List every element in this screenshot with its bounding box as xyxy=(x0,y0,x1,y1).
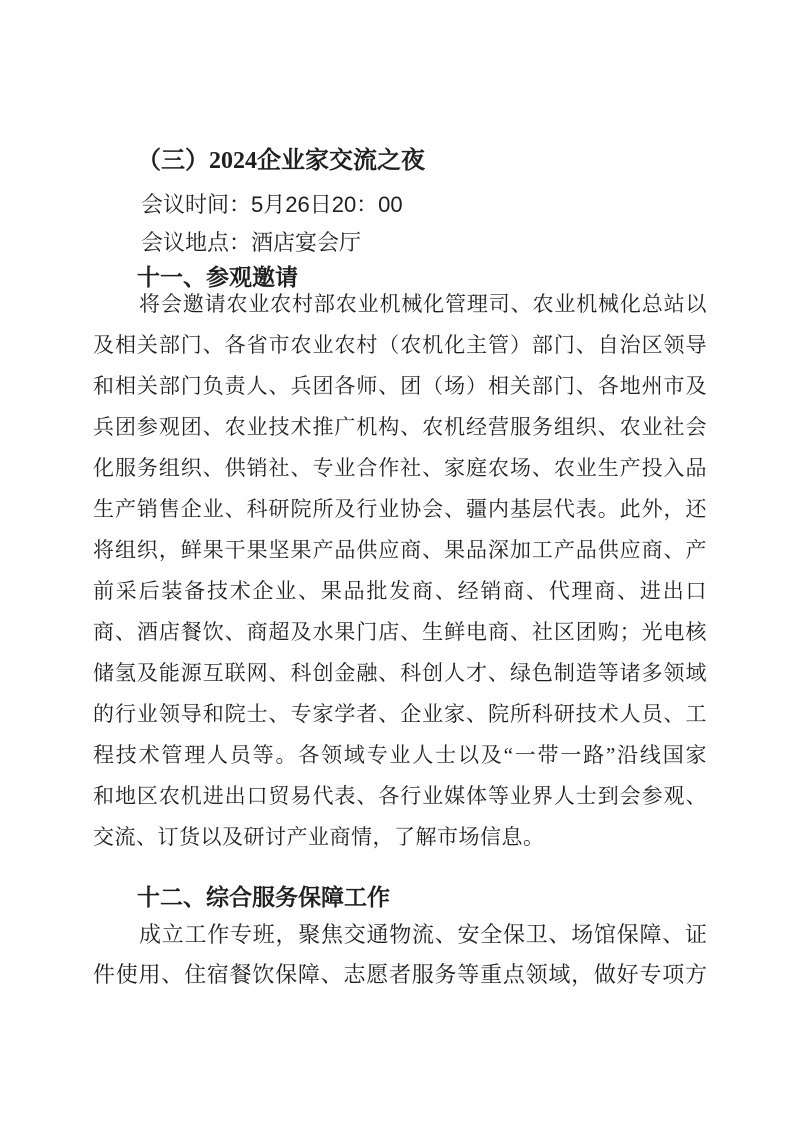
paragraph-line: 前采后装备技术企业、果品批发商、经销商、代理商、进出口 xyxy=(93,578,707,604)
paragraph-line: 化服务组织、供销社、专业合作社、家庭农场、农业生产投入品 xyxy=(93,455,707,481)
paragraph-line: 兵团参观团、农业技术推广机构、农机经营服务组织、农业社会 xyxy=(93,414,707,440)
paragraph-line: 将组织，鲜果干果坚果产品供应商、果品深加工产品供应商、产 xyxy=(93,537,707,563)
document-page: （三）2024企业家交流之夜 会议时间：5月26日20：00 会议地点：酒店宴会… xyxy=(0,0,800,1132)
paragraph-line: 的行业领导和院士、专家学者、企业家、院所科研技术人员、工 xyxy=(93,701,707,727)
paragraph-line: 及相关部门、各省市农业农村（农机化主管）部门、自治区领导 xyxy=(93,332,707,358)
paragraph-line: 程技术管理人员等。各领域专业人士以及“一带一路”沿线国家 xyxy=(93,742,707,768)
paragraph-line: 件使用、住宿餐饮保障、志愿者服务等重点领域，做好专项方 xyxy=(93,961,707,989)
paragraph-line: 成立工作专班，聚焦交通物流、安全保卫、场馆保障、证 xyxy=(93,921,707,949)
paragraph-line: 商、酒店餐饮、商超及水果门店、生鲜电商、社区团购；光电核 xyxy=(93,619,707,645)
section-11-heading: 十一、参观邀请 xyxy=(93,263,707,292)
paragraph-line: 和相关部门负责人、兵团各师、团（场）相关部门、各地州市及 xyxy=(93,373,707,399)
event-title: （三）2024企业家交流之夜 xyxy=(93,146,707,176)
paragraph-line: 生产销售企业、科研院所及行业协会、疆内基层代表。此外，还 xyxy=(93,496,707,522)
meeting-place-line: 会议地点：酒店宴会厅 xyxy=(93,229,707,257)
paragraph-line: 储氢及能源互联网、科创金融、科创人才、绿色制造等诸多领域 xyxy=(93,660,707,686)
paragraph-line: 将会邀请农业农村部农业机械化管理司、农业机械化总站以 xyxy=(93,291,707,317)
section-12-heading: 十二、综合服务保障工作 xyxy=(93,883,707,912)
meeting-time-line: 会议时间：5月26日20：00 xyxy=(93,191,707,219)
paragraph-line: 交流、订货以及研讨产业商情，了解市场信息。 xyxy=(93,824,707,850)
paragraph-line: 和地区农机进出口贸易代表、各行业媒体等业界人士到会参观、 xyxy=(93,783,707,809)
